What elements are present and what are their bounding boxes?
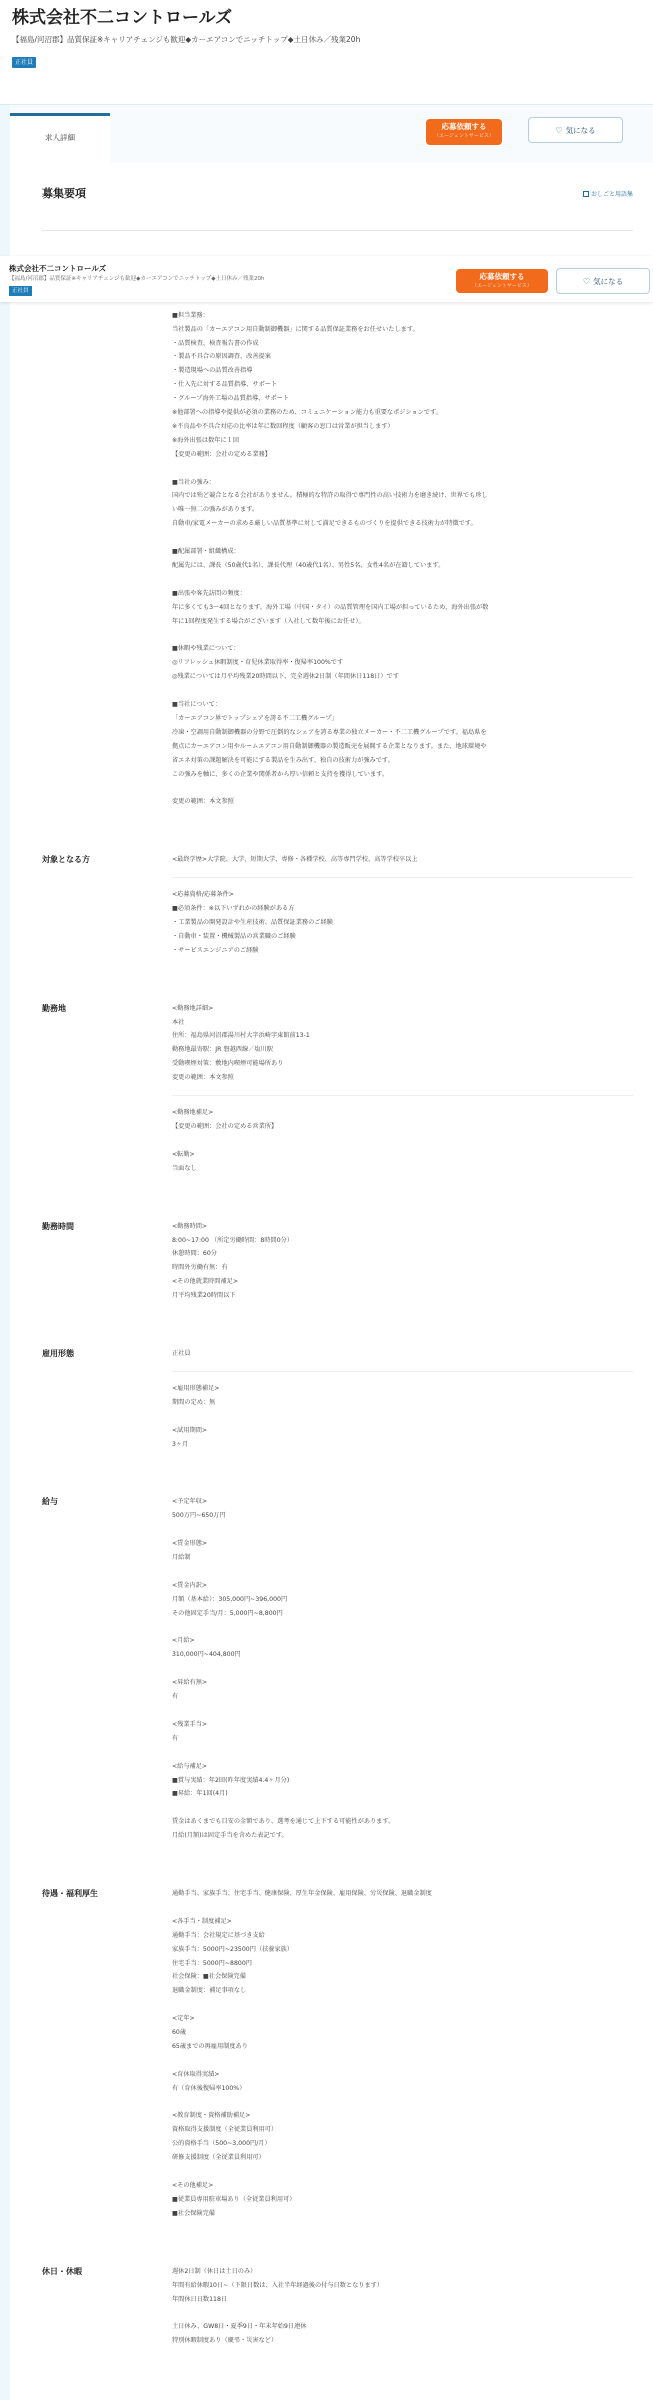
- requirement-row: 待遇・福利厚生通勤手当、家族手当、住宅手当、健康保険、厚生年金保険、雇用保険、労…: [42, 1887, 633, 2221]
- text-line: [172, 1523, 633, 1537]
- text-line: ・品質検査、検査報告書の作成: [172, 337, 633, 351]
- text-line: 年に多くても3～4回となります。海外工場（中国・タイ）の品質管理を国内工場が担っ…: [172, 601, 633, 615]
- requirement-row: 仕事内容【福島/河沼郡】品質保証※キャリアチェンジも歓迎◆カーエアコンでニッチト…: [42, 267, 633, 809]
- heart-icon: ♡: [555, 126, 562, 135]
- text-line: その他固定手当/月：5,000円~8,800円: [172, 1607, 633, 1621]
- page-body: 求人詳細 応募依頼する （エージェントサービス） ♡ 気になる 募集要項 おしご…: [0, 104, 653, 2400]
- text-line: 月給(月額)は固定手当を含めた表記です。: [172, 1829, 633, 1843]
- requirement-row: 勤務地<勤務地詳細>本社住所：福島県河沼郡湯川村大字浜崎字東館前13-1勤務地最…: [42, 1002, 633, 1176]
- text-line: この強みを軸に、多くの企業や関係者から厚い信頼と支持を獲得しています。: [172, 768, 633, 782]
- text-line: ■休暇や残業について：: [172, 642, 633, 656]
- requirement-label: 対象となる方: [42, 853, 172, 957]
- text-line: 時間外労働有無：有: [172, 1261, 633, 1275]
- text-line: ・製造現場への品質改善指導: [172, 364, 633, 378]
- requirement-block: 【福島/河沼郡】品質保証※キャリアチェンジも歓迎◆カーエアコンでニッチトップ◆土…: [172, 267, 633, 809]
- company-name: 株式会社不二コントロールズ: [12, 6, 641, 30]
- text-line: 本社: [172, 1016, 633, 1030]
- text-line: [172, 1565, 633, 1579]
- text-line: <試用期間>: [172, 1424, 633, 1438]
- text-line: 「カーエアコン界でトップシェアを誇る不二工機グループ」: [172, 712, 633, 726]
- text-line: 土日休み、GW8日・夏季9日・年末年始9日連休: [172, 2320, 633, 2334]
- text-line: <予定年収>: [172, 1495, 633, 1509]
- text-line: [172, 2096, 633, 2110]
- requirement-row: 勤務時間<勤務時間>8:00~17:00 （所定労働時間：8時間0分）休憩時間：…: [42, 1220, 633, 1303]
- text-line: 65歳までの再雇用制度あり: [172, 2040, 633, 2054]
- text-line: 社会保険：■社会保険完備: [172, 1970, 633, 1984]
- requirement-content: 【福島/河沼郡】品質保証※キャリアチェンジも歓迎◆カーエアコンでニッチトップ◆土…: [172, 267, 633, 809]
- text-line: 資格取得支援制度（全従業員利用可）: [172, 2123, 633, 2137]
- sticky-favorite-label: 気になる: [593, 276, 623, 287]
- requirement-content: 通勤手当、家族手当、住宅手当、健康保険、厚生年金保険、雇用保険、労災保険、退職金…: [172, 1887, 633, 2221]
- text-line: ※不良品や不具合対応の比率は年に数回程度（顧客の窓口は営業が担当します）: [172, 420, 633, 434]
- text-line: 研修支援制度（全従業員利用可）: [172, 2151, 633, 2165]
- text-line: 自動車/家電メーカーの求める厳しい品質基準に対して満足できるものづくりを提供でき…: [172, 517, 633, 531]
- job-detail-card: 求人詳細 応募依頼する （エージェントサービス） ♡ 気になる 募集要項 おしご…: [10, 105, 653, 2400]
- text-line: ※他部署への指導や提供が必須の業務のため、コミュニケーション能力も重要なポジショ…: [172, 406, 633, 420]
- text-line: <昇給有無>: [172, 1676, 633, 1690]
- text-line: 住所：福島県河沼郡湯川村大字浜崎字東館前13-1: [172, 1029, 633, 1043]
- text-line: 有（育休後復帰率100%）: [172, 2082, 633, 2096]
- requirement-row: 給与<予定年収>500万円~650万円<賃金形態>月給制<賃金内訳>月額（基本給…: [42, 1495, 633, 1843]
- text-line: 賃金はあくまでも目安の金額であり、選考を通じて上下する可能性があります。: [172, 1815, 633, 1829]
- text-line: ■担当業務：: [172, 309, 633, 323]
- text-line: 月給制: [172, 1551, 633, 1565]
- section-title: 募集要項: [42, 185, 633, 201]
- text-line: <残業手当>: [172, 1718, 633, 1732]
- sticky-employment-badge: 正社員: [9, 286, 32, 296]
- text-line: 休憩時間：60分: [172, 1247, 633, 1261]
- text-line: 勤務地最寄駅：JR 磐越西線／塩川駅: [172, 1043, 633, 1057]
- text-line: <勤務地詳細>: [172, 1002, 633, 1016]
- requirement-label: 雇用形態: [42, 1347, 172, 1451]
- text-line: [172, 1621, 633, 1635]
- requirement-block: <最終学歴>大学院、大学、短期大学、専修・各種学校、高等専門学校、高等学校卒以上: [172, 853, 633, 867]
- text-line: 60歳: [172, 2026, 633, 2040]
- text-line: <各手当・制度補足>: [172, 1915, 633, 1929]
- heart-icon: ♡: [583, 277, 590, 286]
- text-line: ■配属部署・組織構成：: [172, 545, 633, 559]
- employment-type-badge: 正社員: [12, 57, 36, 68]
- text-line: 住宅手当：5000円~8800円: [172, 1957, 633, 1971]
- text-line: ■当社について：: [172, 698, 633, 712]
- requirement-block: <勤務地補足>【変更の範囲：会社の定める営業所】<転勤>当面なし: [172, 1095, 633, 1176]
- text-line: 国内では殆ど競合となる会社がありません。積極的な特許の取得で専門性の高い技術力を…: [172, 489, 633, 503]
- text-line: <教育制度・資格補助補足>: [172, 2109, 633, 2123]
- text-line: 退職金制度：補足事項なし: [172, 1984, 633, 1998]
- text-line: 有: [172, 1732, 633, 1746]
- text-line: <賃金内訳>: [172, 1579, 633, 1593]
- requirement-content: <最終学歴>大学院、大学、短期大学、専修・各種学校、高等専門学校、高等学校卒以上…: [172, 853, 633, 957]
- requirement-label: 勤務時間: [42, 1220, 172, 1303]
- text-line: [172, 1410, 633, 1424]
- text-line: [172, 684, 633, 698]
- text-line: <最終学歴>大学院、大学、短期大学、専修・各種学校、高等専門学校、高等学校卒以上: [172, 853, 633, 867]
- text-line: [172, 573, 633, 587]
- text-line: 公的資格手当（500~3,000円/月）: [172, 2137, 633, 2151]
- requirement-row: 休日・休暇週休2日制（休日は土日のみ）年間有給休暇10日~（下限日数は、入社半年…: [42, 2265, 633, 2348]
- text-line: [172, 628, 633, 642]
- text-line: 500万円~650万円: [172, 1509, 633, 1523]
- text-line: [172, 1901, 633, 1915]
- requirement-block: <応募資格/応募条件>■必須条件：※以下いずれかの経験がある方・工業製品の開発設…: [172, 877, 633, 958]
- text-line: [172, 1704, 633, 1718]
- tab-label: 求人詳細: [10, 132, 110, 143]
- text-line: 年に1回程度発生する場合がございます（入社して数年後にお任せ）。: [172, 615, 633, 629]
- text-line: 年間休日日数118日: [172, 2293, 633, 2307]
- text-line: [172, 2054, 633, 2068]
- job-catchphrase: 【福島/河沼郡】品質保証※キャリアチェンジも歓迎◆カーエアコンでニッチトップ◆土…: [12, 34, 641, 46]
- text-line: 【変更の範囲：会社の定める業務】: [172, 448, 633, 462]
- text-line: ・工業製品の開発設計や生産技術、品質保証業務のご経験: [172, 916, 633, 930]
- text-line: 月額（基本給）：305,000円~396,000円: [172, 1593, 633, 1607]
- apply-button[interactable]: 応募依頼する （エージェントサービス）: [426, 119, 502, 145]
- text-line: い唯一無二の強みがあります。: [172, 503, 633, 517]
- sticky-apply-bar: 株式会社不二コントロールズ 【福島/河沼郡】品質保証※キャリアチェンジも歓迎◆カ…: [0, 256, 653, 302]
- requirement-block: <雇用形態補足>期間の定め：無<試用期間>3ヶ月: [172, 1371, 633, 1452]
- requirement-block: 週休2日制（休日は土日のみ）年間有給休暇10日~（下限日数は、入社半年経過後の付…: [172, 2265, 633, 2348]
- text-line: 通勤手当：会社規定に基づき支給: [172, 1929, 633, 1943]
- favorite-button[interactable]: ♡ 気になる: [528, 117, 623, 143]
- text-line: ■社会保険完備: [172, 2207, 633, 2221]
- text-line: 【変更の範囲：会社の定める営業所】: [172, 1120, 633, 1134]
- text-line: ■従業員専用駐車場あり（全従業員利用可）: [172, 2193, 633, 2207]
- text-line: 正社員: [172, 1347, 633, 1361]
- text-line: 期間の定め：無: [172, 1396, 633, 1410]
- sticky-apply-sublabel: （エージェントサービス）: [456, 282, 548, 290]
- text-line: <勤務時間>: [172, 1220, 633, 1234]
- text-line: <その他就業時間補足>: [172, 1275, 633, 1289]
- book-icon: [583, 191, 589, 197]
- text-line: ■出張や客先訪問の頻度：: [172, 587, 633, 601]
- text-line: 拠点にカーエアコン用やルームエアコン用自動制御機器の製造販売を展開する企業となり…: [172, 740, 633, 754]
- tab-bar: 求人詳細 応募依頼する （エージェントサービス） ♡ 気になる: [10, 105, 653, 163]
- requirement-content: <勤務地詳細>本社住所：福島県河沼郡湯川村大字浜崎字東館前13-1勤務地最寄駅：…: [172, 1002, 633, 1176]
- text-line: 年間有給休暇10日~（下限日数は、入社半年経過後の付与日数となります）: [172, 2279, 633, 2293]
- requirement-label: 勤務地: [42, 1002, 172, 1176]
- tab-job-detail[interactable]: 求人詳細: [10, 113, 110, 163]
- job-header: 株式会社不二コントロールズ 【福島/河沼郡】品質保証※キャリアチェンジも歓迎◆カ…: [0, 0, 653, 104]
- text-line: ■昇給：年1回(4月): [172, 1787, 633, 1801]
- text-line: ・自動車・装置・機械製品の営業職のご経験: [172, 930, 633, 944]
- sticky-company-name: 株式会社不二コントロールズ: [9, 263, 106, 274]
- text-line: <勤務地補足>: [172, 1106, 633, 1120]
- text-line: ※海外出張は数年に１回: [172, 434, 633, 448]
- requirement-label: 仕事内容: [42, 267, 172, 809]
- requirement-content: 正社員<雇用形態補足>期間の定め：無<試用期間>3ヶ月: [172, 1347, 633, 1451]
- text-line: 当面なし: [172, 1162, 633, 1176]
- text-line: 変更の範囲：本文参照: [172, 1071, 633, 1085]
- text-line: ■必須条件：※以下いずれかの経験がある方: [172, 902, 633, 916]
- text-line: <月給>: [172, 1634, 633, 1648]
- text-line: 月平均残業20時間以下: [172, 1289, 633, 1303]
- text-line: <その他補足>: [172, 2179, 633, 2193]
- text-line: [172, 1662, 633, 1676]
- text-line: 310,000円~404,800円: [172, 1648, 633, 1662]
- requirement-label: 待遇・福利厚生: [42, 1887, 172, 2221]
- text-line: 通勤手当、家族手当、住宅手当、健康保険、厚生年金保険、雇用保険、労災保険、退職金…: [172, 1887, 633, 1901]
- text-line: ・製品不具合の原因調査、改善提案: [172, 350, 633, 364]
- text-line: 配属先には、課長（50歳代1名）、課長代理（40歳代1名）、男性5名、女性4名が…: [172, 559, 633, 573]
- text-line: <賃金形態>: [172, 1537, 633, 1551]
- sticky-apply-button[interactable]: 応募依頼する （エージェントサービス）: [456, 269, 548, 293]
- sticky-favorite-button[interactable]: ♡ 気になる: [556, 268, 650, 294]
- text-line: 冷凍・空調用自動制御機器の分野で圧倒的なシェアを誇る専業の独立メーカー・不二工機…: [172, 726, 633, 740]
- text-line: 週休2日制（休日は土日のみ）: [172, 2265, 633, 2279]
- requirement-row: 対象となる方<最終学歴>大学院、大学、短期大学、専修・各種学校、高等専門学校、高…: [42, 853, 633, 957]
- text-line: 受動喫煙対策：敷地内喫煙可能場所あり: [172, 1057, 633, 1071]
- text-line: ◎リフレッシュ休暇制度・育児休業取得率・復帰率100%です: [172, 656, 633, 670]
- requirement-content: <勤務時間>8:00~17:00 （所定労働時間：8時間0分）休憩時間：60分時…: [172, 1220, 633, 1303]
- text-line: 変更の範囲：本文参照: [172, 795, 633, 809]
- text-line: [172, 1134, 633, 1148]
- text-line: ◎残業については月平均残業20時間以下、完全週休2日制（年間休日118日）です: [172, 670, 633, 684]
- requirement-row: 雇用形態正社員<雇用形態補足>期間の定め：無<試用期間>3ヶ月: [42, 1347, 633, 1451]
- text-line: [172, 1746, 633, 1760]
- text-line: [172, 462, 633, 476]
- text-line: 省エネ対策の課題解決を可能にする製品を生み出す、独自の技術力が強みです。: [172, 754, 633, 768]
- text-line: [172, 1801, 633, 1815]
- requirement-label: 給与: [42, 1495, 172, 1843]
- text-line: 特別休暇制度あり（慶弔・災害など）: [172, 2334, 633, 2348]
- text-line: 有: [172, 1690, 633, 1704]
- text-line: ■賞与実績：年2回(昨年度実績4.4ヶ月分): [172, 1774, 633, 1788]
- text-line: 8:00~17:00 （所定労働時間：8時間0分）: [172, 1234, 633, 1248]
- text-line: <定年>: [172, 2012, 633, 2026]
- requirement-content: 週休2日制（休日は土日のみ）年間有給休暇10日~（下限日数は、入社半年経過後の付…: [172, 2265, 633, 2348]
- text-line: 当社製品の「カーエアコン用自動制御機器」に関する品質保証業務をお任せいたします。: [172, 323, 633, 337]
- requirement-content: <予定年収>500万円~650万円<賃金形態>月給制<賃金内訳>月額（基本給）：…: [172, 1495, 633, 1843]
- text-line: <転勤>: [172, 1148, 633, 1162]
- text-line: [172, 2165, 633, 2179]
- sticky-job-catchphrase: 【福島/河沼郡】品質保証※キャリアチェンジも歓迎◆カーエアコンでニッチトップ◆土…: [9, 274, 264, 282]
- requirement-block: <勤務地詳細>本社住所：福島県河沼郡湯川村大字浜崎字東館前13-1勤務地最寄駅：…: [172, 1002, 633, 1085]
- text-line: <雇用形態補足>: [172, 1382, 633, 1396]
- text-line: ・グループ海外工場の品質指導、サポート: [172, 392, 633, 406]
- requirement-block: <予定年収>500万円~650万円<賃金形態>月給制<賃金内訳>月額（基本給）：…: [172, 1495, 633, 1843]
- requirement-block: <勤務時間>8:00~17:00 （所定労働時間：8時間0分）休憩時間：60分時…: [172, 1220, 633, 1303]
- text-line: ■当社の強み：: [172, 476, 633, 490]
- text-line: ・仕入先に対する品質指導、サポート: [172, 378, 633, 392]
- text-line: 家族手当：5000円~23500円（扶養家族）: [172, 1943, 633, 1957]
- text-line: <応募資格/応募条件>: [172, 888, 633, 902]
- text-line: [172, 2306, 633, 2320]
- section-header: 募集要項 おしごと用語集: [42, 163, 633, 231]
- text-line: <給与補足>: [172, 1760, 633, 1774]
- sticky-apply-label: 応募依頼する: [456, 272, 548, 282]
- glossary-link[interactable]: おしごと用語集: [583, 189, 633, 198]
- requirement-label: 休日・休暇: [42, 2265, 172, 2348]
- text-line: [172, 781, 633, 795]
- requirements-table: 仕事内容【福島/河沼郡】品質保証※キャリアチェンジも歓迎◆カーエアコンでニッチト…: [10, 267, 653, 2348]
- apply-button-sublabel: （エージェントサービス）: [426, 132, 502, 140]
- text-line: <育休取得実績>: [172, 2068, 633, 2082]
- glossary-link-label: おしごと用語集: [591, 189, 633, 198]
- requirement-block: 正社員: [172, 1347, 633, 1361]
- favorite-button-label: 気になる: [566, 125, 596, 136]
- requirement-block: 通勤手当、家族手当、住宅手当、健康保険、厚生年金保険、雇用保険、労災保険、退職金…: [172, 1887, 633, 2221]
- text-line: [172, 1998, 633, 2012]
- text-line: ・サービスエンジニアのご経験: [172, 944, 633, 958]
- text-line: 3ヶ月: [172, 1438, 633, 1452]
- apply-button-label: 応募依頼する: [426, 122, 502, 132]
- text-line: [172, 531, 633, 545]
